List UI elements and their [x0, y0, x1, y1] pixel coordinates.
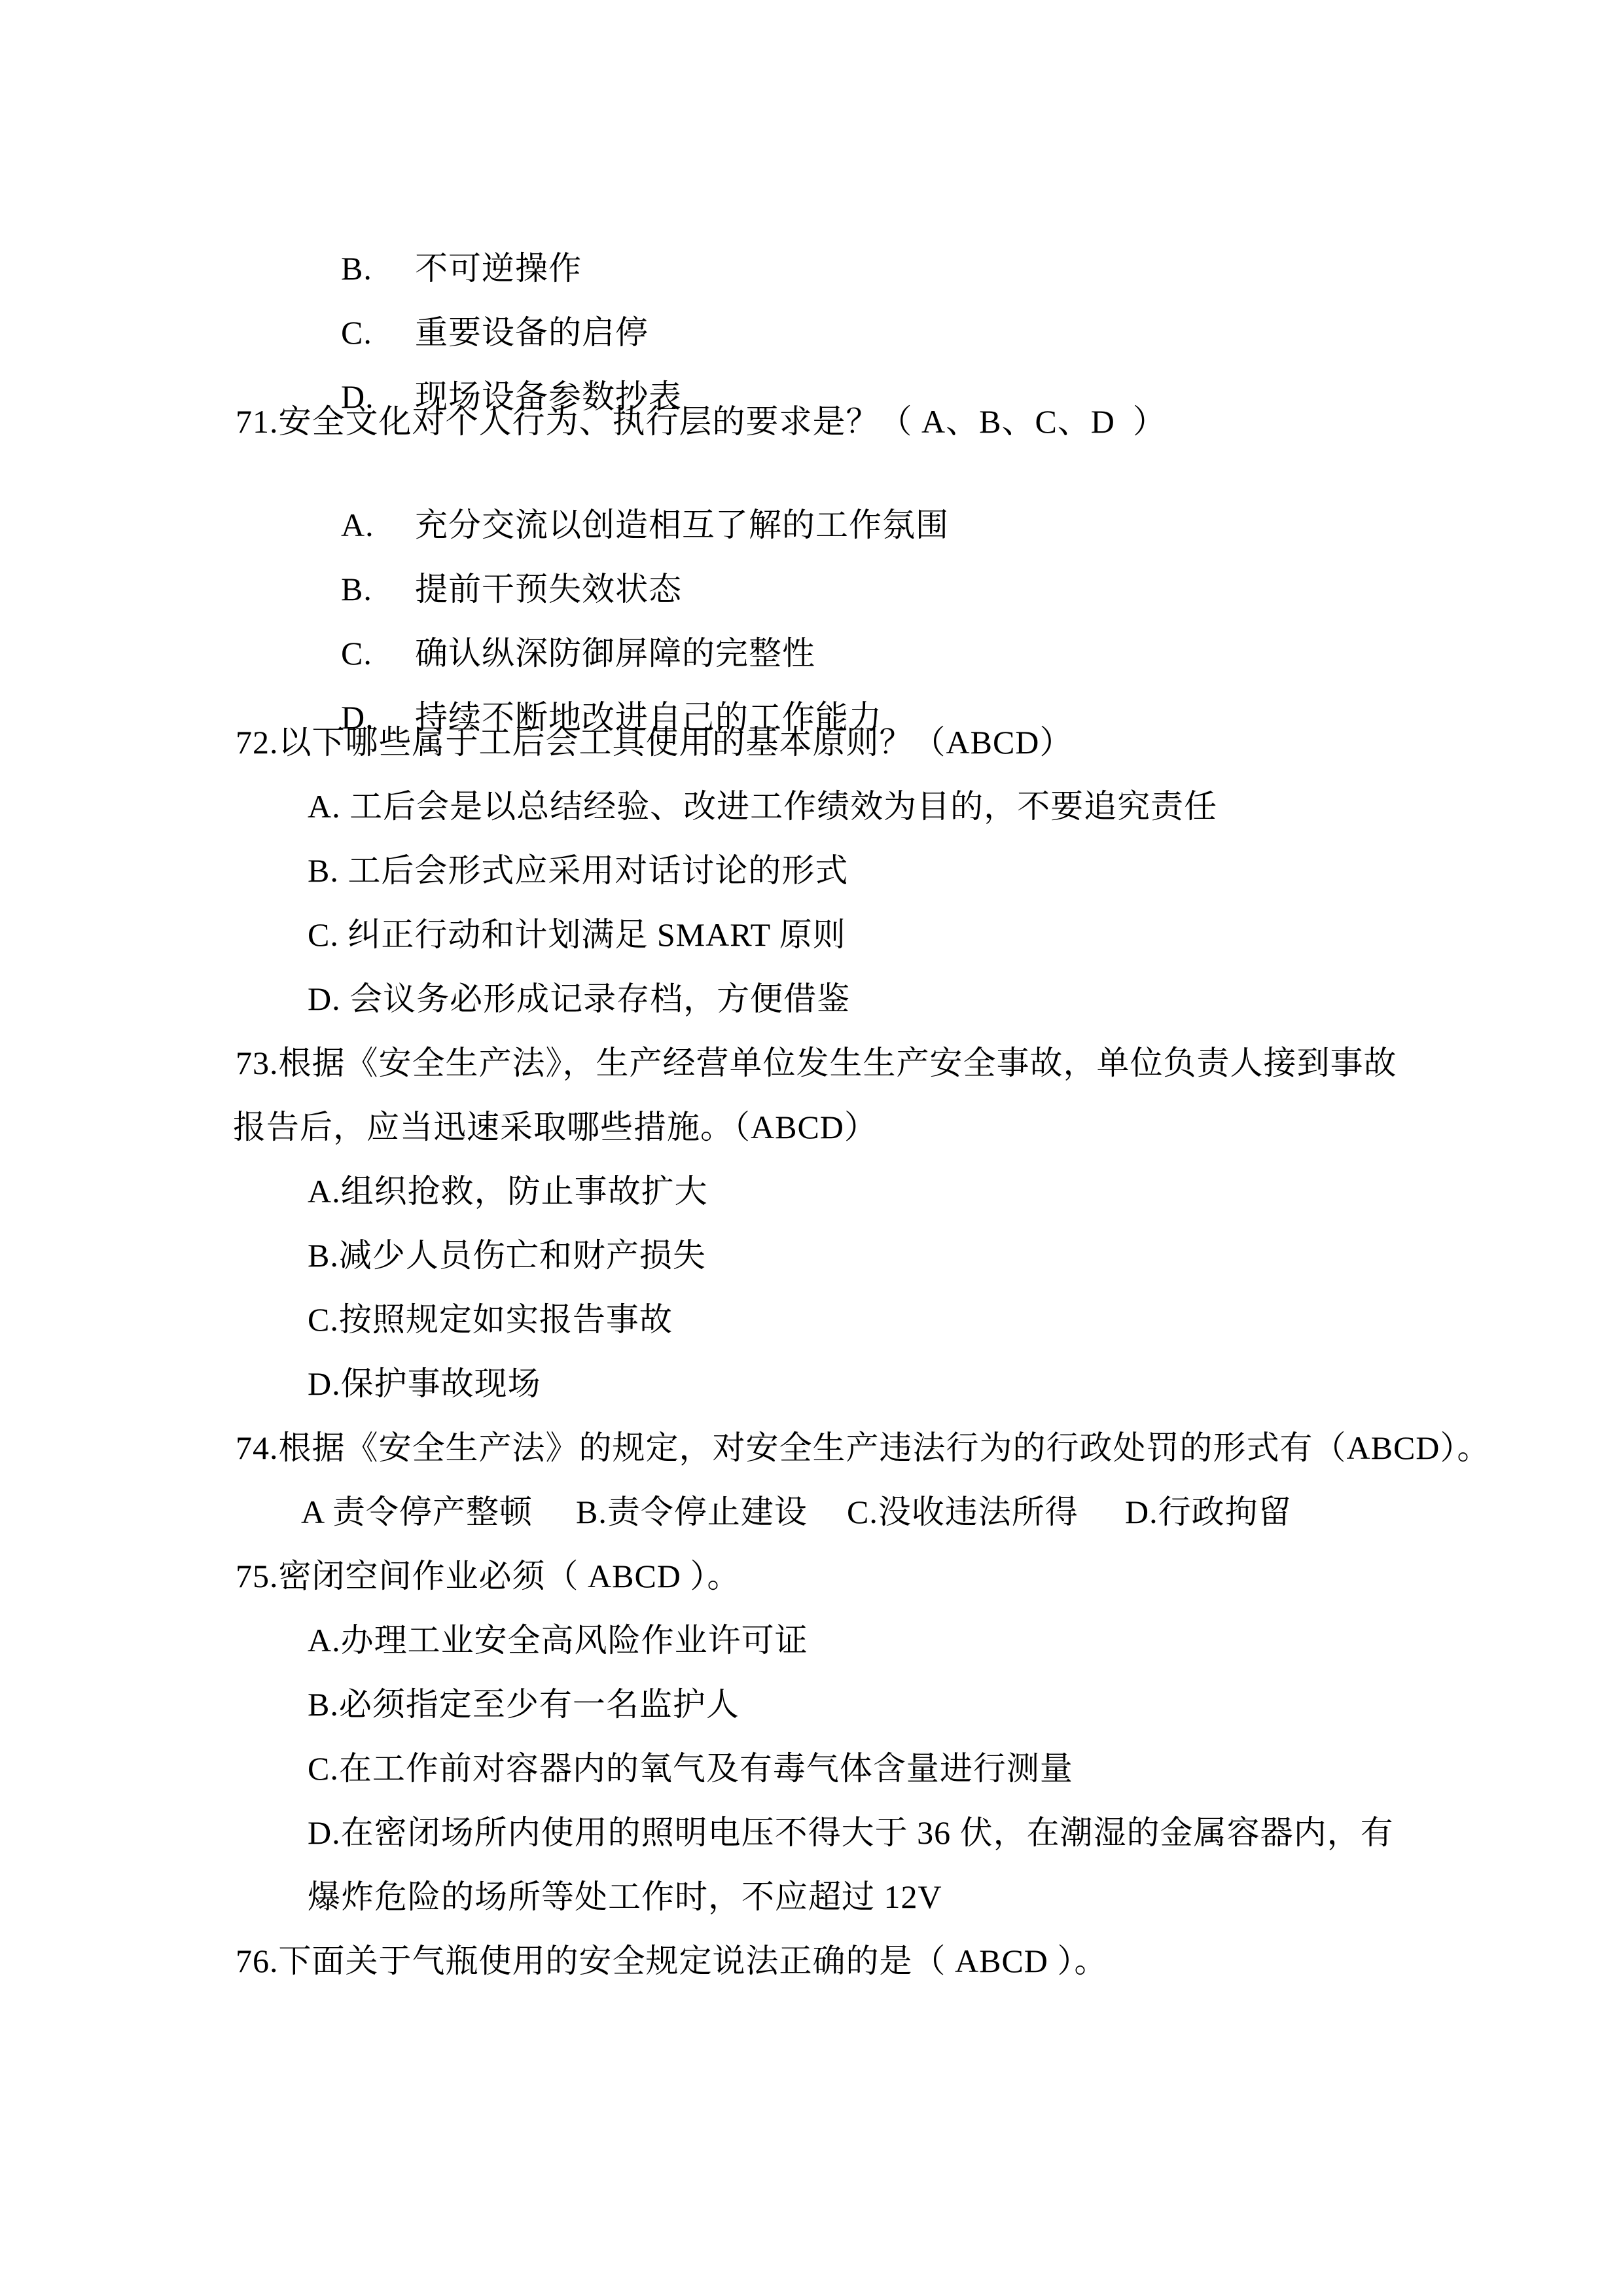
- question-75-option-c: C.在工作前对容器内的氧气及有毒气体含量进行测量: [308, 1749, 1073, 1788]
- question-72-option-a: A. 工后会是以总结经验、改进工作绩效为目的，不要追究责任: [308, 787, 1217, 826]
- question-73-stem-line2: 报告后，应当迅速采取哪些措施。（ABCD）: [233, 1107, 878, 1147]
- question-73-option-a: A.组织抢救，防止事故扩大: [308, 1172, 708, 1211]
- question-74-option-c: C.没收违法所得: [847, 1492, 1079, 1532]
- question-72-option-c: C. 纠正行动和计划满足 SMART 原则: [308, 915, 846, 954]
- question-73-option-c: C.按照规定如实报告事故: [308, 1300, 673, 1339]
- question-72-option-b: B. 工后会形式应采用对话讨论的形式: [308, 851, 848, 890]
- question-75-option-d-line2: 爆炸危险的场所等处工作时，不应超过 12V: [308, 1877, 942, 1916]
- question-74-option-a: A 责令停产整顿: [301, 1492, 533, 1532]
- question-74-option-d: D.行政拘留: [1125, 1492, 1292, 1532]
- document-page: B.不可逆操作 C.重要设备的启停 D.现场设备参数抄表 71.安全文化对个人行…: [0, 0, 1623, 2296]
- question-75-stem: 75.密闭空间作业必须（ ABCD ）。: [236, 1556, 740, 1596]
- question-72-stem: 72.以下哪些属于工后会工具使用的基本原则？（ABCD）: [236, 723, 1073, 762]
- question-74-option-b: B.责令停止建设: [576, 1492, 808, 1532]
- question-76-stem: 76.下面关于气瓶使用的安全规定说法正确的是（ ABCD ）。: [236, 1941, 1107, 1981]
- question-74-stem: 74.根据《安全生产法》的规定，对安全生产违法行为的行政处罚的形式有（ABCD）…: [236, 1428, 1490, 1467]
- question-73-option-b: B.减少人员伤亡和财产损失: [308, 1236, 706, 1275]
- question-73-stem-line1: 73.根据《安全生产法》，生产经营单位发生生产安全事故，单位负责人接到事故: [236, 1043, 1397, 1083]
- question-72-option-d: D. 会议务必形成记录存档，方便借鉴: [308, 979, 850, 1018]
- question-75-option-d-line1: D.在密闭场所内使用的照明电压不得大于 36 伏，在潮湿的金属容器内，有: [308, 1813, 1394, 1852]
- question-75-option-b: B.必须指定至少有一名监护人: [308, 1685, 740, 1724]
- question-75-option-a: A.办理工业安全高风险作业许可证: [308, 1621, 808, 1660]
- question-73-option-d: D.保护事故现场: [308, 1364, 541, 1403]
- question-71-stem: 71.安全文化对个人行为、执行层的要求是？（ A、B、C、D ）: [236, 402, 1166, 441]
